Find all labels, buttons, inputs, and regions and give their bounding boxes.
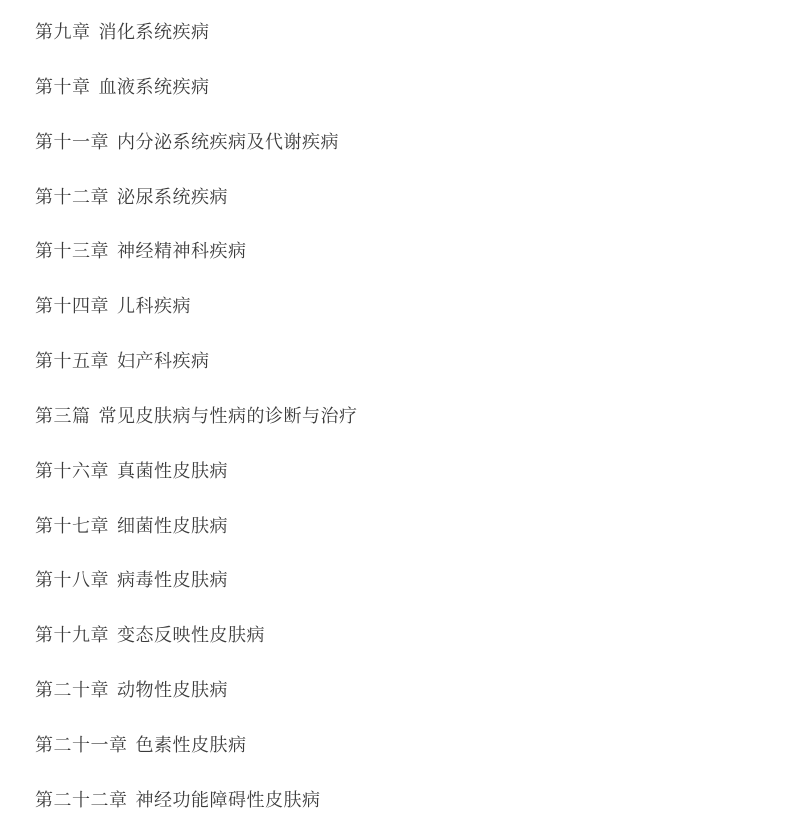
chapter-number: 第九章 xyxy=(35,22,91,43)
chapter-title: 变态反映性皮肤病 xyxy=(117,625,265,646)
chapter-title: 妇产科疾病 xyxy=(117,351,210,372)
chapter-number: 第十五章 xyxy=(35,351,109,372)
chapter-title: 神经功能障碍性皮肤病 xyxy=(136,790,321,811)
toc-item: 第十章血液系统疾病 xyxy=(35,76,210,100)
toc-item: 第二十章动物性皮肤病 xyxy=(35,679,228,703)
part-number: 第三篇 xyxy=(35,406,91,427)
chapter-number: 第十三章 xyxy=(35,241,109,262)
chapter-number: 第十八章 xyxy=(35,570,109,591)
chapter-number: 第十章 xyxy=(35,77,91,98)
chapter-number: 第十四章 xyxy=(35,296,109,317)
chapter-title: 真菌性皮肤病 xyxy=(117,461,228,482)
chapter-number: 第二十章 xyxy=(35,680,109,701)
toc-item: 第十五章妇产科疾病 xyxy=(35,350,210,374)
toc-item: 第十四章儿科疾病 xyxy=(35,295,191,319)
toc-item: 第九章消化系统疾病 xyxy=(35,21,210,45)
chapter-number: 第二十一章 xyxy=(35,735,128,756)
chapter-title: 动物性皮肤病 xyxy=(117,680,228,701)
chapter-title: 细菌性皮肤病 xyxy=(117,516,228,537)
chapter-number: 第十六章 xyxy=(35,461,109,482)
chapter-title: 内分泌系统疾病及代谢疾病 xyxy=(117,132,339,153)
chapter-title: 病毒性皮肤病 xyxy=(117,570,228,591)
toc-item: 第十三章神经精神科疾病 xyxy=(35,240,247,264)
chapter-title: 消化系统疾病 xyxy=(99,22,210,43)
chapter-title: 泌尿系统疾病 xyxy=(117,187,228,208)
chapter-title: 色素性皮肤病 xyxy=(136,735,247,756)
toc-item: 第十一章内分泌系统疾病及代谢疾病 xyxy=(35,131,339,155)
chapter-number: 第十九章 xyxy=(35,625,109,646)
part-title: 常见皮肤病与性病的诊断与治疗 xyxy=(99,406,358,427)
toc-item: 第十九章变态反映性皮肤病 xyxy=(35,624,265,648)
chapter-number: 第二十二章 xyxy=(35,790,128,811)
toc-item: 第二十一章色素性皮肤病 xyxy=(35,734,247,758)
chapter-title: 神经精神科疾病 xyxy=(117,241,247,262)
toc-item: 第十六章真菌性皮肤病 xyxy=(35,460,228,484)
toc-item: 第二十二章神经功能障碍性皮肤病 xyxy=(35,789,321,813)
toc-item: 第十七章细菌性皮肤病 xyxy=(35,515,228,539)
chapter-number: 第十七章 xyxy=(35,516,109,537)
chapter-number: 第十一章 xyxy=(35,132,109,153)
chapter-title: 儿科疾病 xyxy=(117,296,191,317)
chapter-number: 第十二章 xyxy=(35,187,109,208)
chapter-title: 血液系统疾病 xyxy=(99,77,210,98)
toc-item: 第十二章泌尿系统疾病 xyxy=(35,186,228,210)
toc-item: 第十八章病毒性皮肤病 xyxy=(35,569,228,593)
toc-part-heading: 第三篇常见皮肤病与性病的诊断与治疗 xyxy=(35,405,358,429)
